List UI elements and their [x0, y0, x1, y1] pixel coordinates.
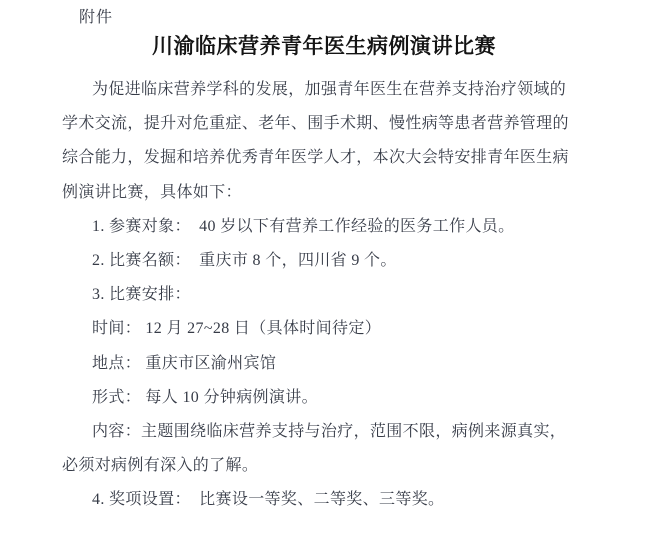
intro-line-1: 为促进临床营养学科的发展，加强青年医生在营养支持治疗领域的 — [62, 73, 574, 107]
detail-format: 形式： 每人 10 分钟病例演讲。 — [62, 381, 574, 415]
detail-time: 时间： 12 月 27~28 日（具体时间待定） — [62, 312, 574, 346]
intro-line-2: 学术交流，提升对危重症、老年、围手术期、慢性病等患者营养管理的 — [62, 107, 574, 141]
document-body: 为促进临床营养学科的发展，加强青年医生在营养支持治疗领域的 学术交流，提升对危重… — [62, 73, 574, 518]
document-title: 川渝临床营养青年医生病例演讲比赛 — [62, 30, 574, 62]
item-participants: 1. 参赛对象： 40 岁以下有营养工作经验的医务工作人员。 — [62, 210, 574, 244]
item-quota: 2. 比赛名额： 重庆市 8 个，四川省 9 个。 — [62, 244, 574, 278]
detail-content-line-2: 必须对病例有深入的了解。 — [62, 449, 574, 483]
attachment-label: 附件 — [62, 6, 574, 30]
item-awards: 4. 奖项设置： 比赛设一等奖、二等奖、三等奖。 — [62, 483, 574, 517]
intro-line-4: 例演讲比赛，具体如下： — [62, 176, 574, 210]
intro-line-3: 综合能力，发掘和培养优秀青年医学人才，本次大会特安排青年医生病 — [62, 141, 574, 175]
document-page: 附件 川渝临床营养青年医生病例演讲比赛 为促进临床营养学科的发展，加强青年医生在… — [0, 0, 650, 557]
detail-content-line-1: 内容：主题围绕临床营养支持与治疗，范围不限，病例来源真实， — [62, 415, 574, 449]
item-arrangement: 3. 比赛安排： — [62, 278, 574, 312]
detail-location: 地点： 重庆市区渝州宾馆 — [62, 347, 574, 381]
